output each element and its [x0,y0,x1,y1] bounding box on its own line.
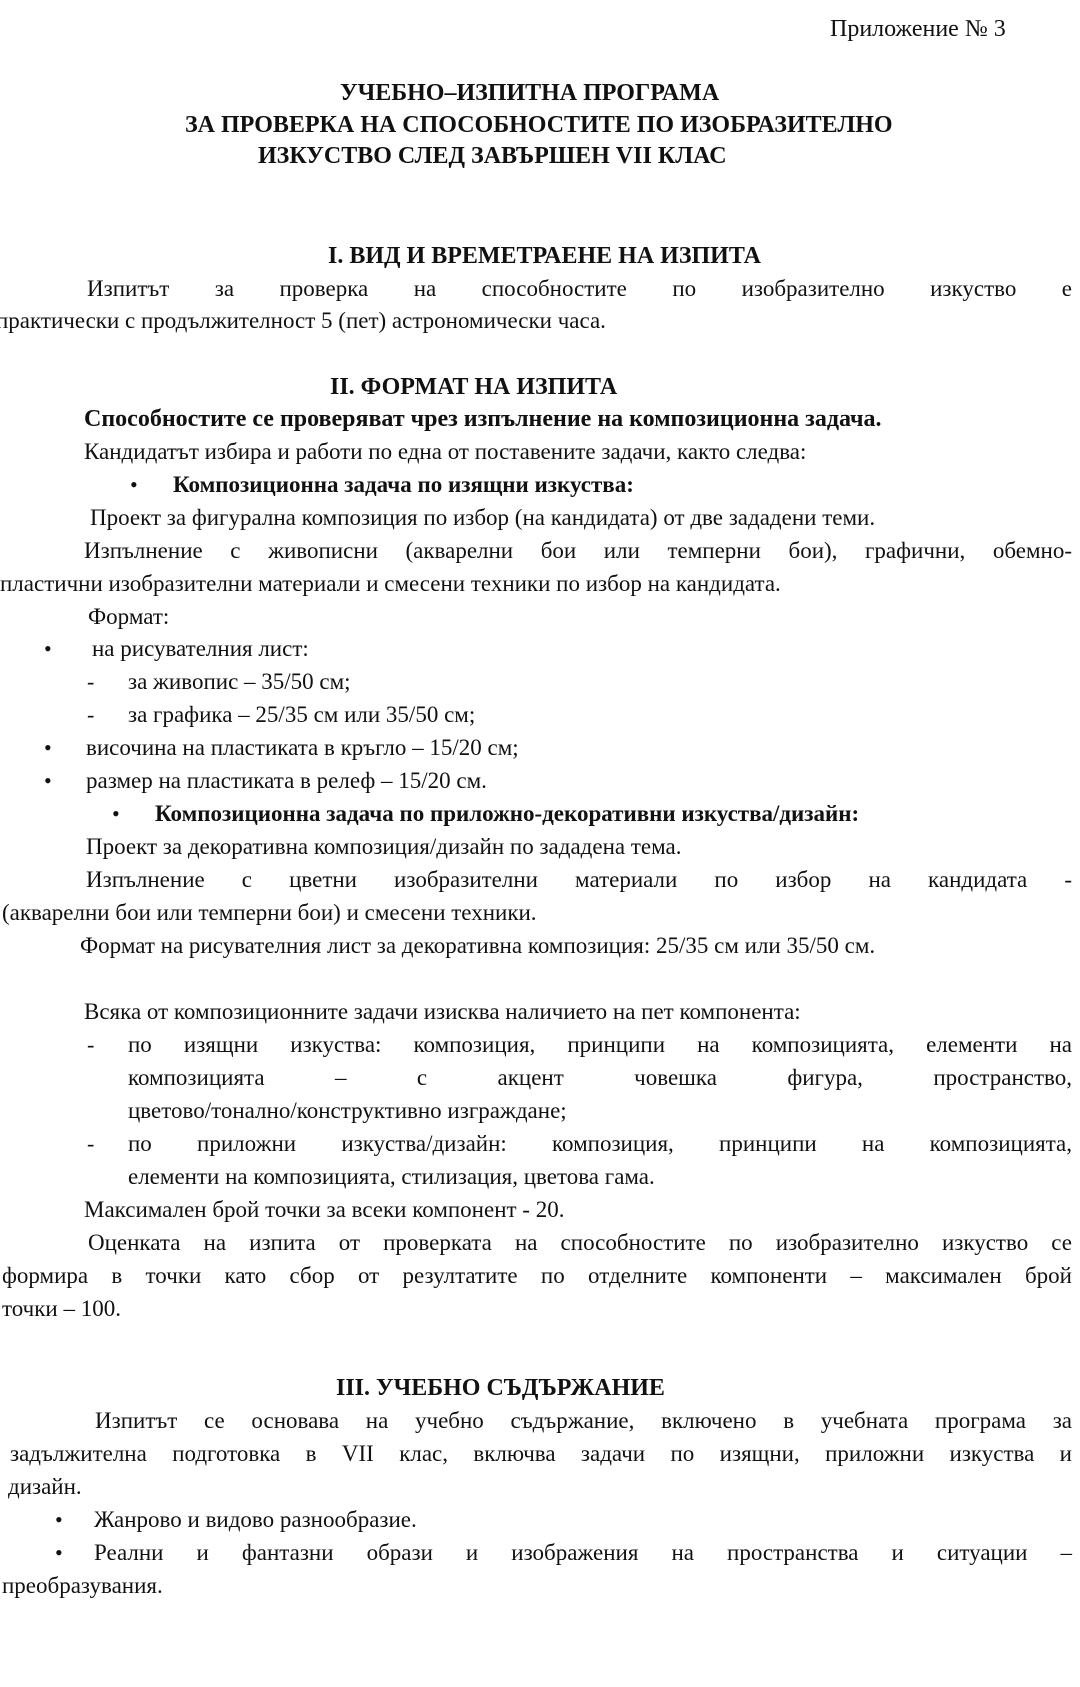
section-1-heading: I. ВИД И ВРЕМЕТРАЕНЕ НА ИЗПИТА [328,241,761,271]
appendix-label: Приложение № 3 [830,14,1006,44]
bullet-icon: • [55,1505,63,1535]
task-1-exec-line-1: Изпълнение с живописни (акварелни бои ил… [84,536,1072,566]
format-item: размер на пластиката в релеф – 15/20 см. [86,766,487,796]
task-1-format-label: Формат: [88,602,169,632]
title-line-1: УЧЕБНО–ИЗПИТНА ПРОГРАМА [340,78,719,108]
content-bullet-2-line-2: преобразувания. [2,1571,163,1601]
bullet-icon: • [55,1538,63,1568]
task-2-format: Формат на рисувателния лист за декоратив… [80,931,875,961]
bullet-icon: • [44,766,52,796]
content-bullet-1: Жанрово и видово разнообразие. [94,1505,417,1535]
format-item: за живопис – 35/50 см; [128,667,351,697]
title-line-3: ИЗКУСТВО СЛЕД ЗАВЪРШЕН VII КЛАС [258,141,727,171]
section-1-paragraph-line-1: Изпитът за проверка на способностите по … [87,274,1072,304]
section-3-heading: III. УЧЕБНО СЪДЪРЖАНИЕ [336,1373,665,1403]
component-1-line-2: композицията – с акцент човешка фигура, … [128,1063,1072,1093]
task-1-title: Композиционна задача по изящни изкуства: [173,470,634,500]
task-2-exec-line-2: (акварелни бои или темперни бои) и смесе… [2,898,537,928]
dash-icon: - [87,667,94,697]
component-2-line-1: по приложни изкуства/дизайн: композиция,… [128,1129,1072,1159]
title-line-2: ЗА ПРОВЕРКА НА СПОСОБНОСТИТЕ ПО ИЗОБРАЗИ… [185,110,893,140]
component-1-line-3: цветово/тонално/конструктивно изграждане… [128,1096,567,1126]
grading-line-1: Оценката на изпита от проверката на спос… [88,1228,1072,1258]
bullet-icon: • [44,733,52,763]
format-item: на рисувателния лист: [92,634,309,664]
section-2-heading: II. ФОРМАТ НА ИЗПИТА [330,372,617,402]
section-1-paragraph-line-2: практически с продължителност 5 (пет) ас… [0,306,606,336]
component-2-line-2: елементи на композицията, стилизация, цв… [128,1162,655,1192]
section-3-paragraph-line-1: Изпитът се основава на учебно съдържание… [95,1406,1072,1436]
grading-line-3: точки – 100. [2,1294,121,1324]
bullet-icon: • [44,634,52,664]
task-1-project: Проект за фигурална композиция по избор … [90,503,875,533]
section-2-lead: Способностите се проверяват чрез изпълне… [84,404,882,434]
content-bullet-2-line-1: Реални и фантазни образи и изображения н… [94,1538,1072,1568]
format-item: за графика – 25/35 см или 35/50 см; [128,700,475,730]
dash-icon: - [87,1030,94,1060]
bullet-icon: • [112,799,120,829]
task-1-exec-line-2: пластични изобразителни материали и смес… [0,569,781,599]
section-3-paragraph-line-3: дизайн. [8,1472,82,1502]
grading-line-2: формира в точки като сбор от резултатите… [2,1261,1072,1291]
task-2-exec-line-1: Изпълнение с цветни изобразителни матери… [86,865,1072,895]
format-item: височина на пластиката в кръгло – 15/20 … [86,733,519,763]
section-3-paragraph-line-2: задължителна подготовка в VII клас, вклю… [10,1439,1072,1469]
components-intro: Всяка от композиционните задачи изисква … [84,997,801,1027]
task-2-title: Композиционна задача по приложно-декорат… [155,799,859,829]
section-2-intro: Кандидатът избира и работи по една от по… [84,437,806,467]
max-points: Максимален брой точки за всеки компонент… [84,1195,564,1225]
dash-icon: - [87,1129,94,1159]
bullet-icon: • [130,470,138,500]
component-1-line-1: по изящни изкуства: композиция, принципи… [128,1030,1072,1060]
dash-icon: - [87,700,94,730]
task-2-project: Проект за декоративна композиция/дизайн … [86,832,681,862]
